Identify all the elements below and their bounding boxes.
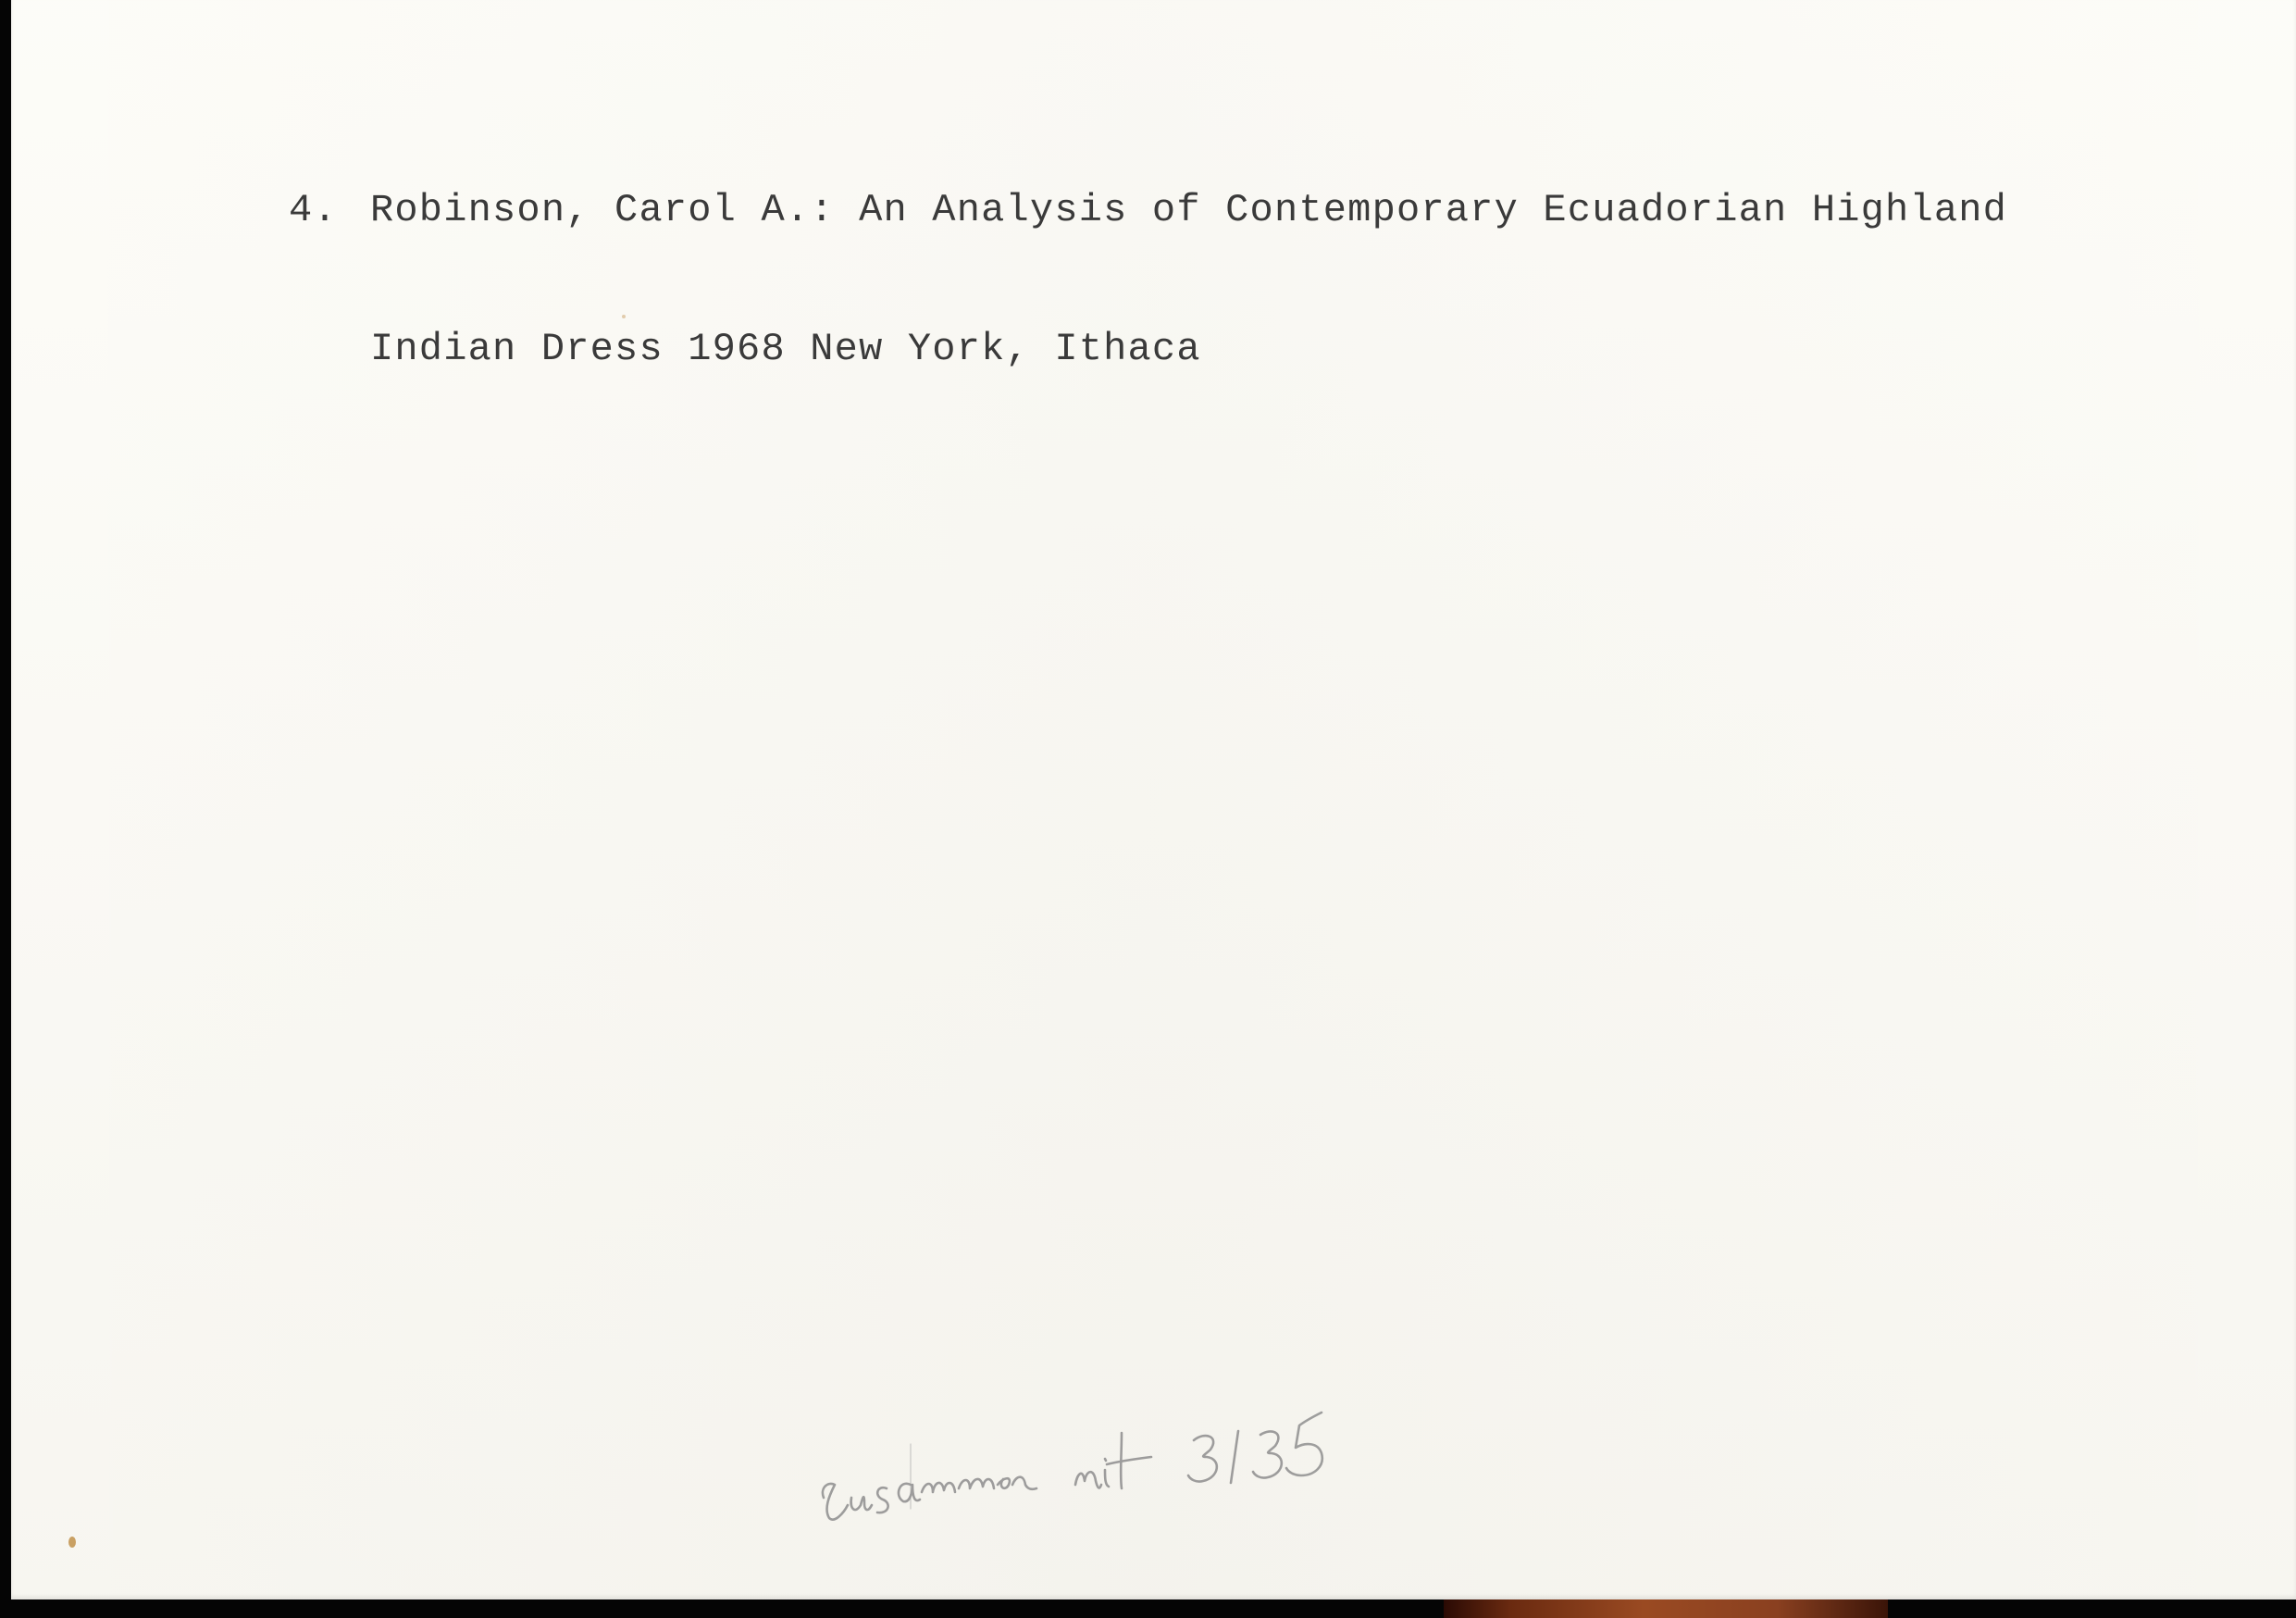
catalog-card: 4.Robinson, Carol A.: An Analysis of Con… — [11, 0, 2296, 1599]
entry-citation-line-1: Robinson, Carol A.: An Analysis of Conte… — [370, 188, 2007, 232]
handwritten-pencil-note: zusammen mit 3135 — [807, 1388, 1677, 1537]
entry-line-1: 4.Robinson, Carol A.: An Analysis of Con… — [289, 187, 2007, 233]
pencil-scribble-icon — [807, 1388, 1677, 1537]
wooden-surface — [1444, 1599, 1888, 1618]
entry-number: 4. — [289, 187, 370, 233]
typed-entry: 4.Robinson, Carol A.: An Analysis of Con… — [289, 94, 2007, 465]
paper-stain — [68, 1537, 76, 1548]
paper-stain — [622, 315, 626, 318]
entry-citation-line-2: Indian Dress 1968 New York, Ithaca — [289, 326, 2007, 372]
